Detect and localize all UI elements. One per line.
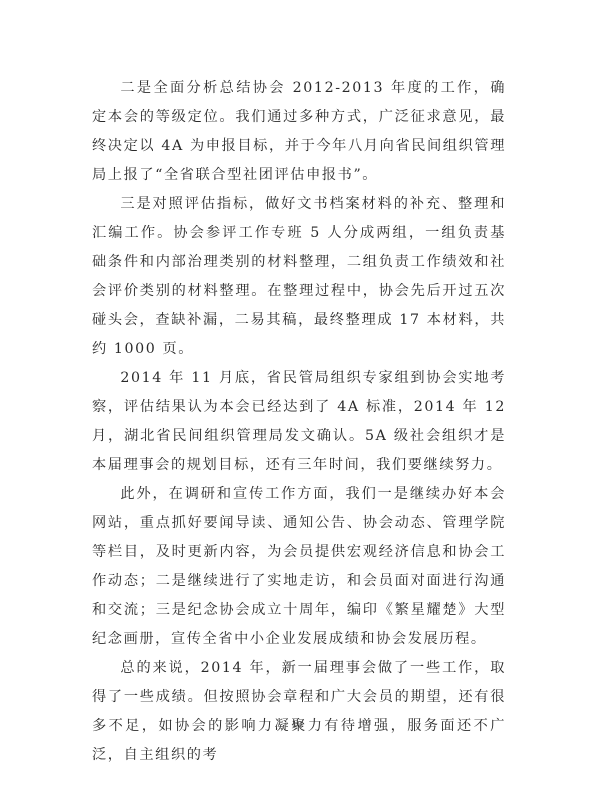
- paragraph-grade-positioning: 二是全面分析总结协会 2012-2013 年度的工作，确定本会的等级定位。我们通…: [92, 74, 506, 190]
- page-number: 10: [0, 720, 594, 729]
- paragraph-materials-compilation: 三是对照评估指标，做好文书档案材料的补充、整理和汇编工作。协会参评工作专班 5 …: [92, 190, 506, 364]
- paragraph-research-publicity: 此外，在调研和宣传工作方面，我们一是继续办好本会网站，重点抓好要闻导读、通知公告…: [92, 480, 506, 654]
- paragraph-summary: 总的来说，2014 年，新一届理事会做了一些工作，取得了一些成绩。但按照协会章程…: [92, 654, 506, 770]
- paragraph-evaluation-result: 2014 年 11 月底，省民管局组织专家组到协会实地考察，评估结果认为本会已经…: [92, 364, 506, 480]
- document-body: 二是全面分析总结协会 2012-2013 年度的工作，确定本会的等级定位。我们通…: [92, 74, 506, 770]
